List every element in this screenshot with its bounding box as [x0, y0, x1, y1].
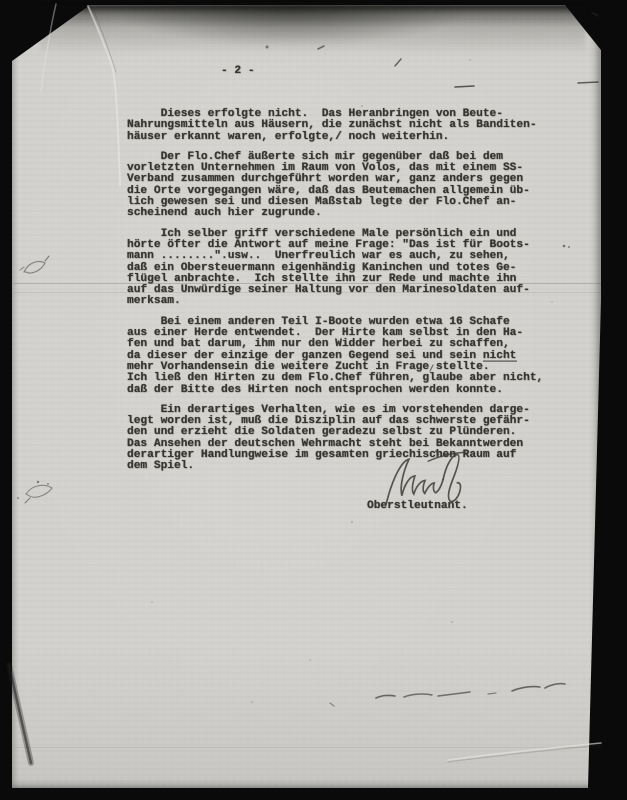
text-line: mann ........".usw.. Unerfreulich war es… — [127, 251, 543, 262]
scan-background: - 2 - Dieses erfolgte nicht. Das Heranbr… — [0, 0, 627, 800]
text-line: scheinend auch hier zugrunde. — [127, 208, 543, 219]
text-line: häuser erkannt waren, erfolgte,/ noch we… — [127, 132, 543, 143]
document-body: Dieses erfolgte nicht. Das Heranbringen … — [127, 109, 543, 482]
text-line: Nahrungsmitteln aus Häusern, die zunächs… — [127, 120, 543, 131]
paragraph: Dieses erfolgte nicht. Das Heranbringen … — [127, 109, 543, 143]
text-line: Ich ließ den Hirten zu dem Flo.Chef führ… — [127, 373, 543, 384]
page-number: - 2 - — [221, 65, 255, 77]
text-line: daß der Bitte des Hirten noch entsproche… — [127, 385, 543, 396]
paragraph: Bei einem anderen Teil I-Boote wurden et… — [127, 317, 543, 396]
signature-title: Oberstleutnant. — [367, 500, 468, 512]
text-line: fen und bat darum, ihm nur den Widder he… — [127, 339, 543, 350]
text-line: merksam. — [127, 296, 543, 307]
paragraph: Ich selber griff verschiedene Male persö… — [127, 229, 543, 308]
scan-top-smudge — [110, 5, 470, 47]
text-line: auf das Unwürdige seiner Haltung vor den… — [127, 285, 543, 296]
paragraph: Der Flo.Chef äußerte sich mir gegenüber … — [127, 152, 543, 220]
